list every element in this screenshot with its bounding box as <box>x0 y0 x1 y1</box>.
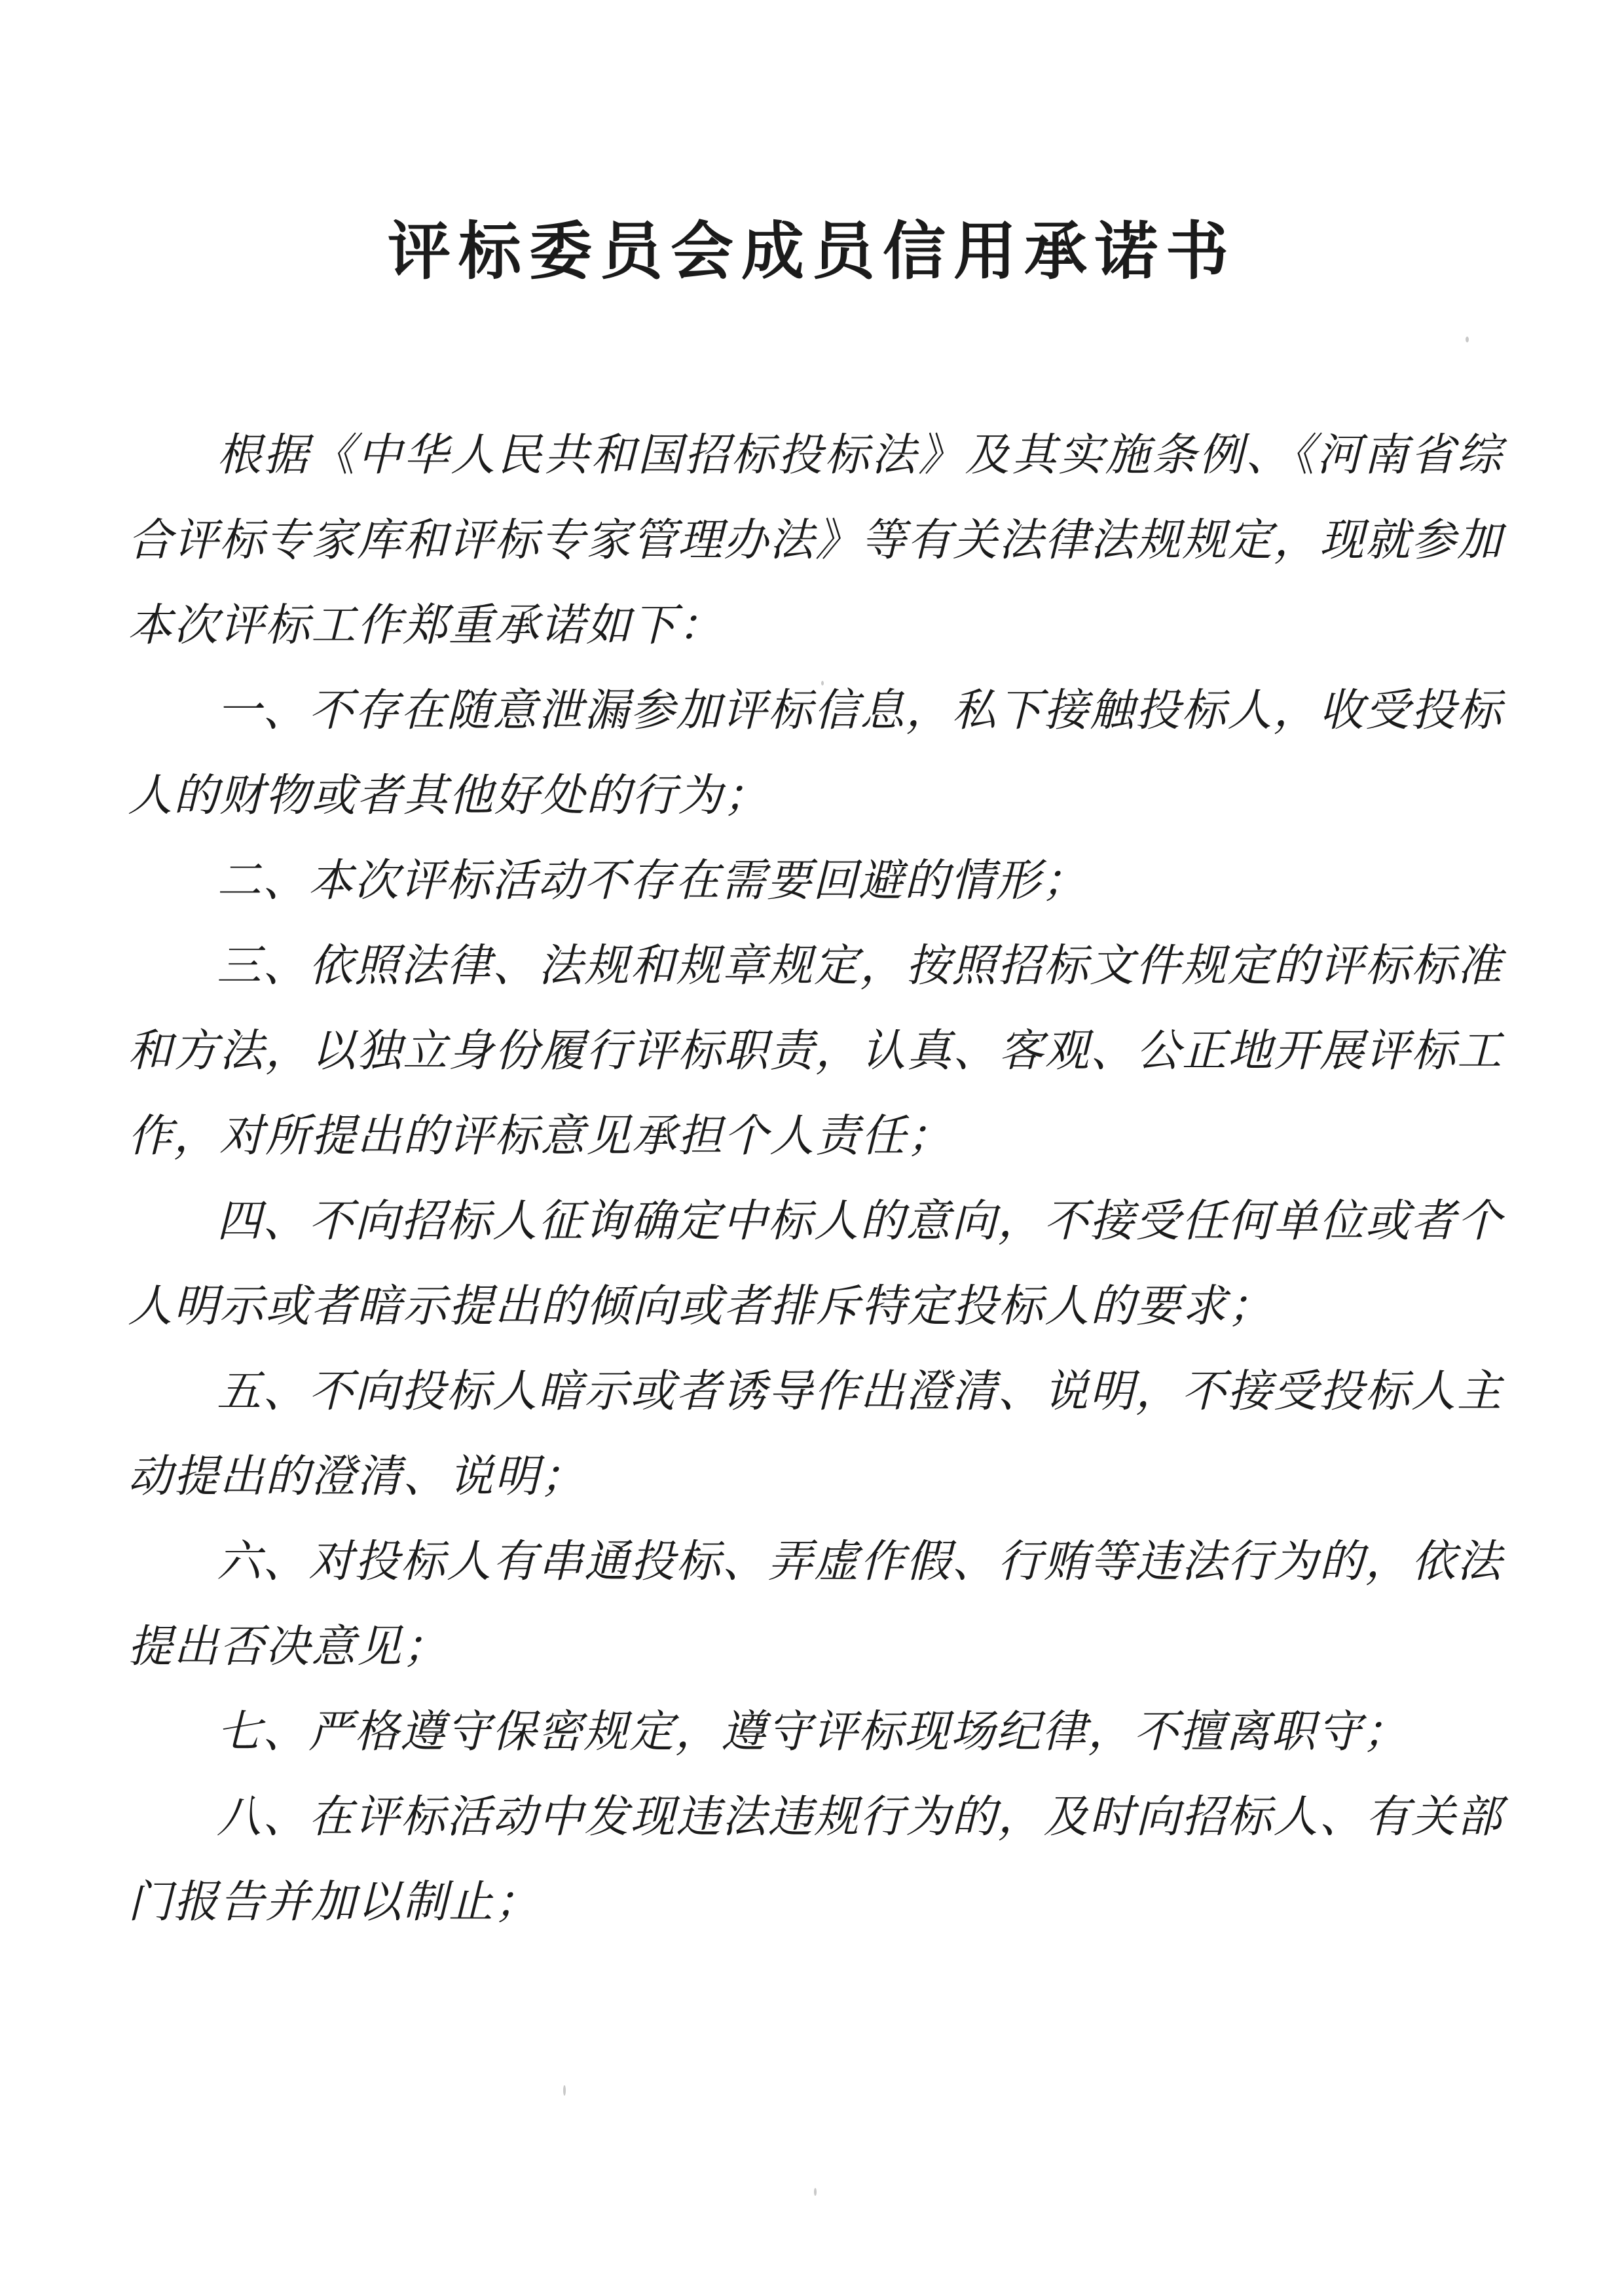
scan-speck <box>563 2085 566 2096</box>
paragraph-item-1: 一、不存在随意泄漏参加评标信息，私下接触投标人，收受投标人的财物或者其他好处的行… <box>128 668 1503 838</box>
scan-speck <box>821 681 824 685</box>
scan-speck <box>1466 337 1469 342</box>
paragraph-item-6: 六、对投标人有串通投标、弄虚作假、行贿等违法行为的，依法提出否决意见； <box>128 1519 1503 1689</box>
scanned-document-page: 评标委员会成员信用承诺书 根据《中华人民共和国招标投标法》及其实施条例、《河南省… <box>0 0 1624 2296</box>
paragraph-item-8: 八、在评标活动中发现违法违规行为的，及时向招标人、有关部门报告并加以制止； <box>128 1774 1503 1944</box>
paragraph-item-3: 三、依照法律、法规和规章规定，按照招标文件规定的评标标准和方法，以独立身份履行评… <box>128 923 1503 1178</box>
scan-speck <box>814 2188 817 2196</box>
paragraph-item-4: 四、不向招标人征询确定中标人的意向，不接受任何单位或者个人明示或者暗示提出的倾向… <box>128 1178 1503 1349</box>
paragraph-item-2: 二、本次评标活动不存在需要回避的情形； <box>128 838 1503 923</box>
document-title: 评标委员会成员信用承诺书 <box>0 215 1624 288</box>
paragraph-intro: 根据《中华人民共和国招标投标法》及其实施条例、《河南省综合评标专家库和评标专家管… <box>128 412 1503 668</box>
paragraph-item-5: 五、不向投标人暗示或者诱导作出澄清、说明，不接受投标人主动提出的澄清、说明； <box>128 1349 1503 1519</box>
paragraph-item-7: 七、严格遵守保密规定，遵守评标现场纪律，不擅离职守； <box>128 1689 1503 1774</box>
document-body: 根据《中华人民共和国招标投标法》及其实施条例、《河南省综合评标专家库和评标专家管… <box>128 412 1503 1944</box>
